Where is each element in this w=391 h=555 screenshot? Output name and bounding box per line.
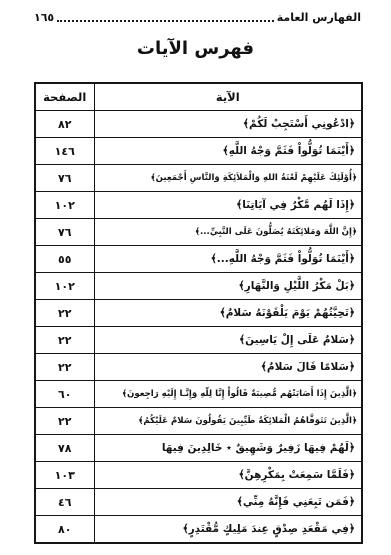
verse-page-number: ١٠٢ — [35, 273, 94, 300]
verse-text: ﴿بَلْ مَكْرُ اللَّيْلِ وَالنَّهَارِ﴾ — [94, 273, 362, 300]
verse-page-number: ١٠٣ — [35, 462, 94, 489]
table-row: ﴿إِنَّ اللَّهَ وَمَلائِكَتَهُ يُصَلُّونَ… — [35, 219, 362, 246]
verse-page-number: ٧٦ — [35, 219, 94, 246]
verse-page-number: ٦٠ — [35, 381, 94, 408]
column-header-page: الصفحة — [35, 83, 94, 111]
verse-text: ﴿أَيْنَمَا تُوَلُّواْ فَثَمَّ وَجْهُ الل… — [94, 138, 362, 165]
table-row: ﴿ادْعُونِي أَسْتَجِبْ لَكُمْ﴾٨٢ — [35, 111, 362, 138]
verse-text: ﴿ادْعُونِي أَسْتَجِبْ لَكُمْ﴾ — [94, 111, 362, 138]
table-row: ﴿إِذَا لَهُم مَّكْرٌ فِي آيَاتِنَا﴾١٠٢ — [35, 192, 362, 219]
verse-text: ﴿أُوْلَئِكَ عَلَيْهِمْ لَعْنَةُ اللهِ وَ… — [94, 165, 362, 192]
verse-page-number: ١٤٦ — [35, 138, 94, 165]
verse-text: ﴿إِنَّ اللَّهَ وَمَلائِكَتَهُ يُصَلُّونَ… — [94, 219, 362, 246]
verse-text: ﴿سَلامًا قَالَ سَلامٌ﴾ — [94, 354, 362, 381]
verse-page-number: ٤٦ — [35, 489, 94, 516]
verse-index-table: الآية الصفحة ﴿ادْعُونِي أَسْتَجِبْ لَكُم… — [34, 82, 363, 544]
verse-page-number: ٨٢ — [35, 111, 94, 138]
table-row: ﴿فَمَن تَبِعَنِي فَإِنَّهُ مِنِّي﴾٤٦ — [35, 489, 362, 516]
verse-page-number: ٥٥ — [35, 246, 94, 273]
table-row: ﴿تَحِيَّتُهُمْ يَوْمَ يَلْقَوْنَهُ سَلام… — [35, 300, 362, 327]
scanned-book-page: { "page": { "running_head": { "section_t… — [0, 0, 391, 555]
table-row: ﴿فِي مَقْعَدِ صِدْقٍ عِندَ مَلِيكٍ مُّقْ… — [35, 516, 362, 544]
verse-page-number: ٢٢ — [35, 354, 94, 381]
table-row: ﴿فَلَمَّا سَمِعَتْ بِمَكْرِهِنَّ﴾١٠٣ — [35, 462, 362, 489]
table-row: ﴿الَّذِينَ تَتَوَفَّاهُمُ الْمَلائِكَةُ … — [35, 408, 362, 435]
running-head: الفهارس العامة ١٦٥ — [34, 10, 361, 25]
verse-page-number: ٧٨ — [35, 435, 94, 462]
verse-text: ﴿الَّذِينَ إِذَا أَصَابَتْهُم مُّصِيبَةٌ… — [94, 381, 362, 408]
table-row: ﴿لَهُمْ فِيهَا زَفِيرٌ وَشَهِيقٌ ٭ خَالِ… — [35, 435, 362, 462]
verse-text: ﴿تَحِيَّتُهُمْ يَوْمَ يَلْقَوْنَهُ سَلام… — [94, 300, 362, 327]
table-header-row: الآية الصفحة — [35, 83, 362, 111]
verse-text: ﴿لَهُمْ فِيهَا زَفِيرٌ وَشَهِيقٌ ٭ خَالِ… — [94, 435, 362, 462]
running-head-section-title: الفهارس العامة — [277, 11, 361, 25]
table-row: ﴿سَلامٌ عَلَى إِلْ يَاسِينَ﴾٢٢ — [35, 327, 362, 354]
table-row: ﴿أَيْنَمَا تُوَلُّواْ فَثَمَّ وَجْهُ الل… — [35, 246, 362, 273]
verse-text: ﴿إِذَا لَهُم مَّكْرٌ فِي آيَاتِنَا﴾ — [94, 192, 362, 219]
verse-text: ﴿الَّذِينَ تَتَوَفَّاهُمُ الْمَلائِكَةُ … — [94, 408, 362, 435]
verse-text: ﴿أَيْنَمَا تُوَلُّواْ فَثَمَّ وَجْهُ الل… — [94, 246, 362, 273]
dotted-leader — [57, 10, 274, 22]
verse-page-number: ٢٢ — [35, 327, 94, 354]
verse-text: ﴿فِي مَقْعَدِ صِدْقٍ عِندَ مَلِيكٍ مُّقْ… — [94, 516, 362, 544]
page-title: فهرس الآيات — [0, 38, 391, 59]
running-head-page-number: ١٦٥ — [34, 11, 54, 25]
table-row: ﴿أُوْلَئِكَ عَلَيْهِمْ لَعْنَةُ اللهِ وَ… — [35, 165, 362, 192]
verse-text: ﴿فَمَن تَبِعَنِي فَإِنَّهُ مِنِّي﴾ — [94, 489, 362, 516]
verse-page-number: ٧٦ — [35, 165, 94, 192]
verse-text: ﴿سَلامٌ عَلَى إِلْ يَاسِينَ﴾ — [94, 327, 362, 354]
column-header-verse: الآية — [94, 83, 362, 111]
table-row: ﴿بَلْ مَكْرُ اللَّيْلِ وَالنَّهَارِ﴾١٠٢ — [35, 273, 362, 300]
verse-page-number: ٨٠ — [35, 516, 94, 544]
verse-page-number: ٢٢ — [35, 408, 94, 435]
verse-text: ﴿فَلَمَّا سَمِعَتْ بِمَكْرِهِنَّ﴾ — [94, 462, 362, 489]
table-row: ﴿سَلامًا قَالَ سَلامٌ﴾٢٢ — [35, 354, 362, 381]
table-row: ﴿الَّذِينَ إِذَا أَصَابَتْهُم مُّصِيبَةٌ… — [35, 381, 362, 408]
verse-page-number: ١٠٢ — [35, 192, 94, 219]
verse-page-number: ٢٢ — [35, 300, 94, 327]
table-row: ﴿أَيْنَمَا تُوَلُّواْ فَثَمَّ وَجْهُ الل… — [35, 138, 362, 165]
